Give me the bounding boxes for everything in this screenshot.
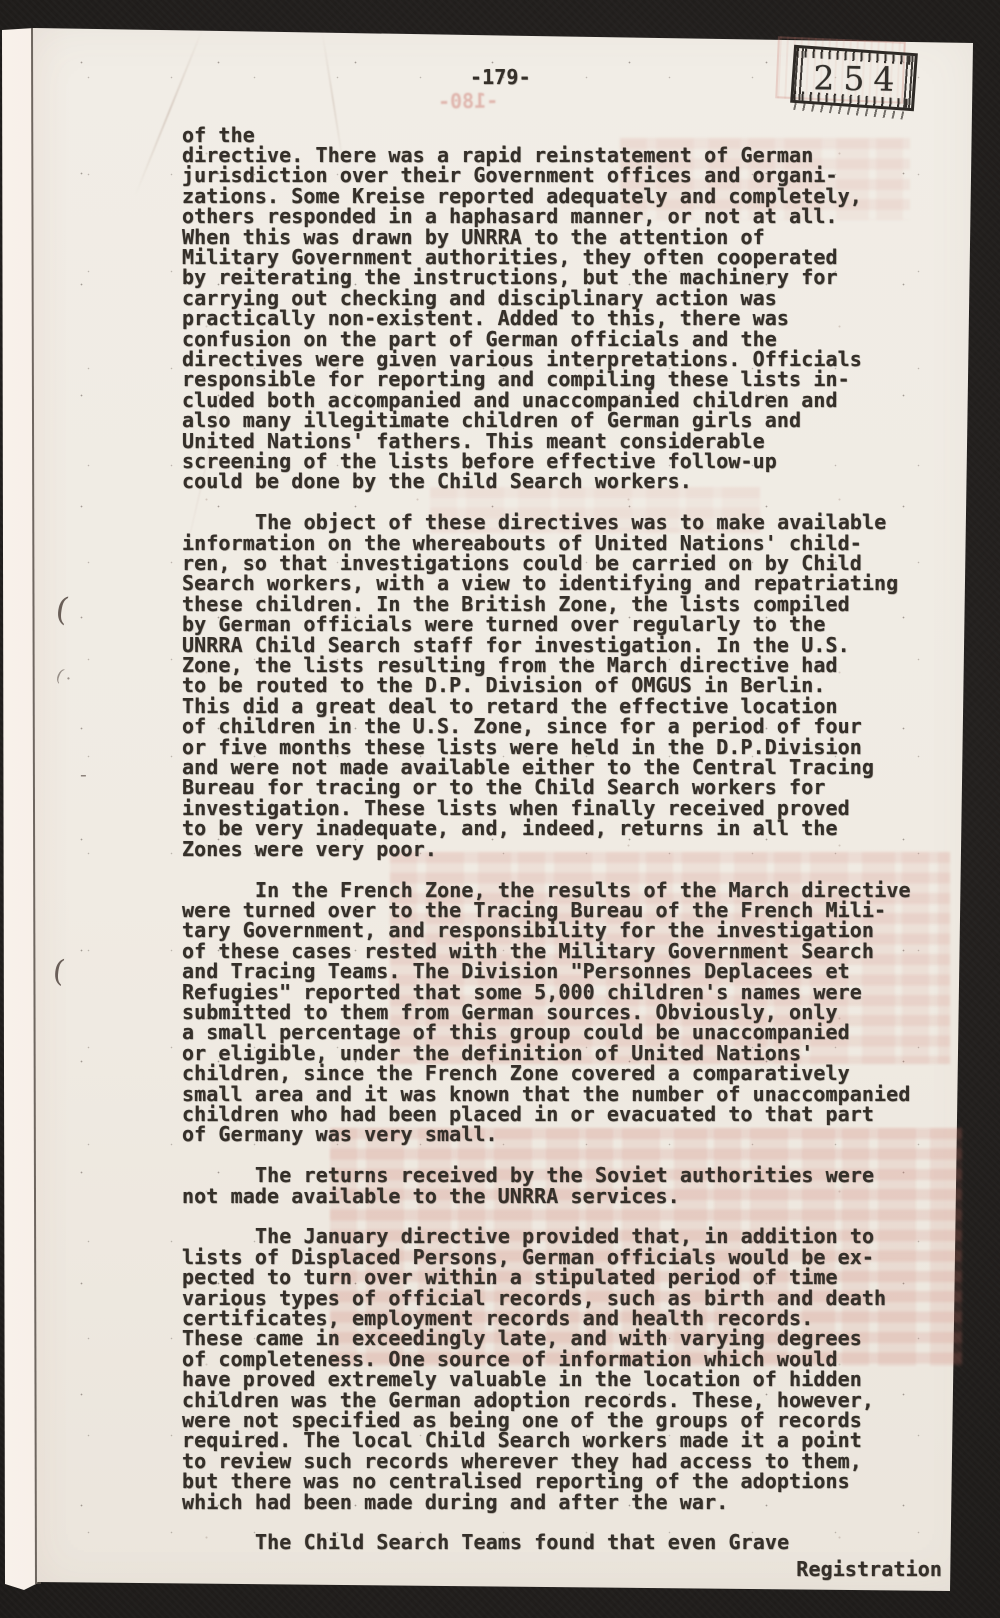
paragraph: of the directive. There was a rapid rein…: [182, 125, 934, 492]
catchword: Registration: [796, 1559, 942, 1579]
page-number: -179-: [470, 66, 531, 88]
stamp-number: 254: [792, 48, 917, 108]
paragraph: The returns received by the Soviet autho…: [182, 1165, 934, 1206]
ghost-page-number: -180-: [438, 89, 499, 112]
paragraph: The object of these directives was to ma…: [182, 512, 934, 859]
scanned-document-photo: -180- -179- 254 ( (· - ( of the directiv…: [0, 0, 1000, 1618]
paragraph: The January directive provided that, in …: [182, 1226, 934, 1512]
archive-stamp: 254: [790, 45, 918, 112]
paragraph: The Child Search Teams found that even G…: [182, 1532, 934, 1552]
pencil-margin-mark: -: [80, 762, 87, 786]
paragraph: In the French Zone, the results of the M…: [182, 880, 934, 1145]
body-text: of the directive. There was a rapid rein…: [182, 125, 934, 1553]
